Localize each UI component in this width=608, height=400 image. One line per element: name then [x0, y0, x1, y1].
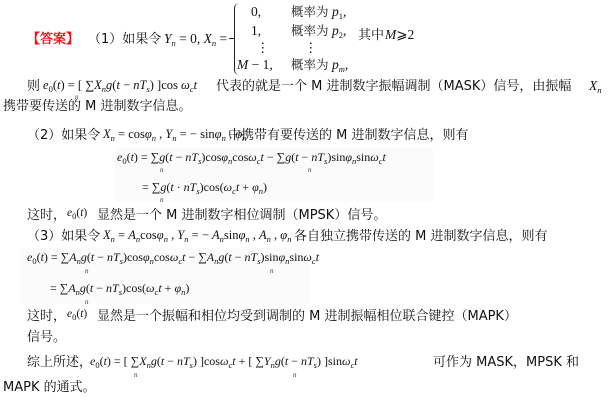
sum-index: n	[134, 372, 138, 379]
case-0-value: 0,	[251, 5, 261, 19]
then-prefix: 则	[27, 80, 40, 93]
summary-desc-cont: MAPK 的通式。	[3, 381, 96, 394]
part3-eq-line1: e0(t) = ∑Ang(t − nTs)cosφncosωct − ∑Ang(…	[27, 251, 319, 266]
part3-desc: 各自独立携带传送的 M 进制数字信息，则有	[294, 230, 547, 243]
case-m-label: 概率为	[291, 59, 329, 72]
case-dots-label: ⋮	[304, 41, 318, 55]
part1-yn-xn: Yn = 0, Xn =	[164, 32, 227, 48]
part2-cond: Xn = cosφn , Yn = − sinφn , φn	[103, 128, 246, 143]
answer-tag: 【答案】	[27, 33, 79, 46]
sum-index: n	[293, 372, 297, 379]
part3-cond: Xn = Ancosφn , Yn = − Ansinφn , An , φn	[103, 229, 291, 244]
case-dots-value: ⋮	[256, 41, 270, 55]
case-1-label: 概率为	[291, 25, 329, 38]
sum-index: n	[160, 197, 164, 204]
sum-index: n	[270, 268, 274, 275]
case-0-label: 概率为	[291, 6, 329, 19]
sum-index: n	[85, 268, 89, 275]
case-0-prob: p1,	[332, 5, 346, 21]
part1-desc-cont: 携带要传送的 M 进制数字信息。	[3, 100, 191, 113]
case-1-value: 1,	[251, 24, 261, 38]
sum-index: n	[85, 299, 89, 306]
part2-conclusion: 显然是一个 M 进制数字相位调制（MPSK）信号。	[97, 209, 386, 222]
part3-intro: （3）如果令	[27, 230, 100, 243]
part2-conclusion-var: e0(t)	[67, 208, 87, 221]
case-m-prob: pm,	[332, 58, 348, 74]
part2-intro: （2）如果令	[27, 129, 100, 142]
summary-formula: e0(t) = [ ∑Xng(t − nTs) ]cosωct + [ ∑Yng…	[90, 355, 358, 370]
part3-conclusion-prefix: 这时，	[27, 310, 66, 323]
part2-conclusion-prefix: 这时，	[27, 209, 66, 222]
part2-eq-line1: e0(t) = ∑g(t − nTs)cosφncosωct − ∑g(t − …	[117, 151, 386, 166]
part1-intro: （1）如果令	[88, 33, 161, 46]
summary-prefix: 综上所述，	[27, 356, 92, 369]
part2-eq-line2: = ∑g(t · nTs)cos(ωct + φn)	[142, 181, 267, 196]
part1-desc: 代表的就是一个 M 进制数字振幅调制（MASK）信号，由振幅	[216, 80, 571, 93]
sum-index: n	[308, 167, 312, 174]
part3-conclusion: 显然是一个振幅和相位均受到调制的 M 进制振幅相位联合键控（MAPK）	[97, 310, 517, 323]
summary-desc: 可作为 MASK，MPSK 和	[433, 356, 579, 369]
condition-prefix: 其中	[358, 29, 384, 42]
part3-conclusion-cont: 信号。	[27, 331, 66, 344]
cases-brace-tip	[229, 38, 234, 39]
sum-index: n	[160, 167, 164, 174]
part1-desc-var: Xn	[589, 79, 602, 95]
case-1-prob: p2,	[332, 24, 346, 40]
part2-desc: 中携带有要传送的 M 进制数字信息，则有	[228, 129, 468, 142]
condition: M⩾2	[385, 28, 414, 42]
part3-conclusion-var: e0(t)	[67, 309, 87, 322]
case-m-value: M − 1,	[237, 58, 273, 72]
part3-eq-line2: = ∑Ang(t − nTs)cos(ωct + φn)	[50, 282, 189, 297]
part1-formula: e0(t) = [ ∑Xng(t − nTs) ]cos ωct	[43, 79, 197, 94]
